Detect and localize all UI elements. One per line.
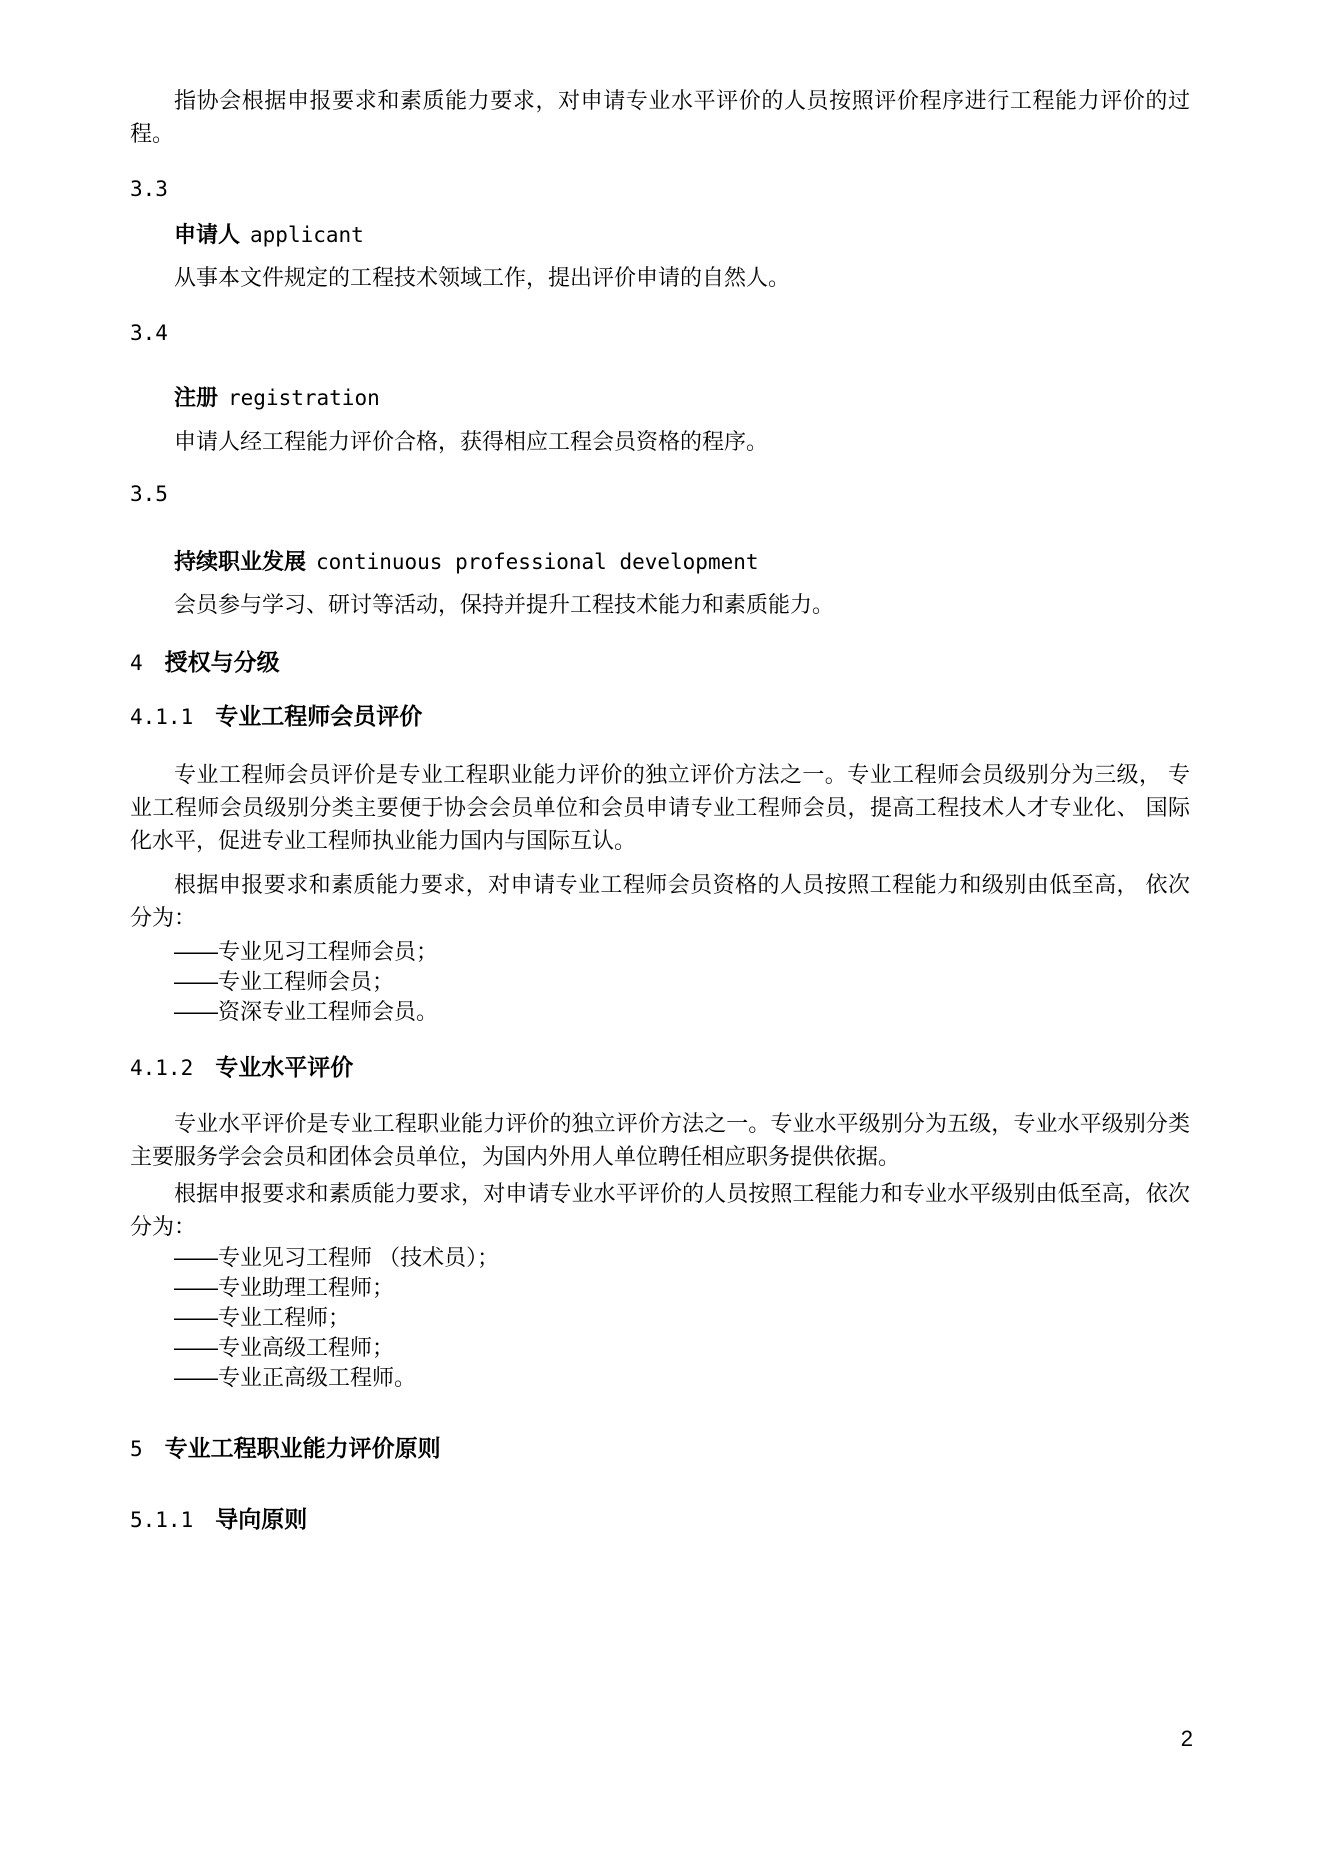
clause-number-3-5: 3.5 — [130, 478, 1190, 511]
term-title-3-3: 申请人applicant — [130, 218, 1190, 252]
term-zh: 注册 — [174, 385, 218, 410]
section-number: 4.1.2 — [130, 1056, 193, 1080]
section-number: 4 — [130, 651, 143, 675]
document-content: 指协会根据申报要求和素质能力要求，对申请专业水平评价的人员按照评价程序进行工程能… — [0, 0, 1323, 1537]
term-en: continuous professional development — [316, 550, 759, 574]
list-item: ——资深专业工程师会员。 — [130, 997, 1190, 1027]
term-definition-3-3: 从事本文件规定的工程技术领域工作，提出评价申请的自然人。 — [130, 261, 1190, 294]
section-4-1-1-paragraph-2: 根据申报要求和素质能力要求，对申请专业工程师会员资格的人员按照工程能力和级别由低… — [130, 868, 1190, 934]
section-number: 4.1.1 — [130, 705, 193, 729]
clause-number-3-3: 3.3 — [130, 173, 1190, 206]
section-4-1-2-paragraph-2: 根据申报要求和素质能力要求，对申请专业水平评价的人员按照工程能力和专业水平级别由… — [130, 1177, 1190, 1243]
term-en: registration — [228, 386, 380, 410]
term-definition-3-4: 申请人经工程能力评价合格，获得相应工程会员资格的程序。 — [130, 425, 1190, 458]
professional-levels-list: ——专业见习工程师 （技术员）； ——专业助理工程师； ——专业工程师； ——专… — [130, 1243, 1190, 1393]
term-zh: 申请人 — [174, 222, 240, 247]
section-heading-4-1-2: 4.1.2专业水平评价 — [130, 1051, 1190, 1085]
page-number: 2 — [1181, 1722, 1193, 1755]
section-4-1-2-paragraph-1: 专业水平评价是专业工程职业能力评价的独立评价方法之一。专业水平级别分为五级，专业… — [130, 1107, 1190, 1173]
term-title-3-5: 持续职业发展continuous professional developmen… — [130, 545, 1190, 579]
section-number: 5 — [130, 1437, 143, 1461]
clause-number-3-4: 3.4 — [130, 317, 1190, 350]
section-heading-4-1-1: 4.1.1专业工程师会员评价 — [130, 700, 1190, 734]
section-title: 授权与分级 — [165, 649, 280, 675]
section-title: 专业水平评价 — [215, 1054, 353, 1080]
term-title-3-4: 注册registration — [130, 381, 1190, 415]
intro-paragraph: 指协会根据申报要求和素质能力要求，对申请专业水平评价的人员按照评价程序进行工程能… — [130, 84, 1190, 150]
member-levels-list: ——专业见习工程师会员； ——专业工程师会员； ——资深专业工程师会员。 — [130, 937, 1190, 1027]
list-item: ——专业助理工程师； — [130, 1273, 1190, 1303]
section-number: 5.1.1 — [130, 1508, 193, 1532]
list-item: ——专业高级工程师； — [130, 1333, 1190, 1363]
document-page: 指协会根据申报要求和素质能力要求，对申请专业水平评价的人员按照评价程序进行工程能… — [0, 0, 1323, 1871]
term-zh: 持续职业发展 — [174, 549, 306, 574]
term-definition-3-5: 会员参与学习、研讨等活动，保持并提升工程技术能力和素质能力。 — [130, 588, 1190, 621]
list-item: ——专业见习工程师会员； — [130, 937, 1190, 967]
term-en: applicant — [250, 223, 364, 247]
section-heading-5: 5专业工程职业能力评价原则 — [130, 1432, 1190, 1466]
section-heading-5-1-1: 5.1.1导向原则 — [130, 1503, 1190, 1537]
section-heading-4: 4授权与分级 — [130, 646, 1190, 680]
list-item: ——专业工程师； — [130, 1303, 1190, 1333]
list-item: ——专业工程师会员； — [130, 967, 1190, 997]
section-title: 专业工程职业能力评价原则 — [165, 1435, 441, 1461]
list-item: ——专业正高级工程师。 — [130, 1363, 1190, 1393]
section-title: 导向原则 — [215, 1506, 307, 1532]
section-title: 专业工程师会员评价 — [215, 703, 422, 729]
list-item: ——专业见习工程师 （技术员）； — [130, 1243, 1190, 1273]
section-4-1-1-paragraph-1: 专业工程师会员评价是专业工程职业能力评价的独立评价方法之一。专业工程师会员级别分… — [130, 758, 1190, 857]
